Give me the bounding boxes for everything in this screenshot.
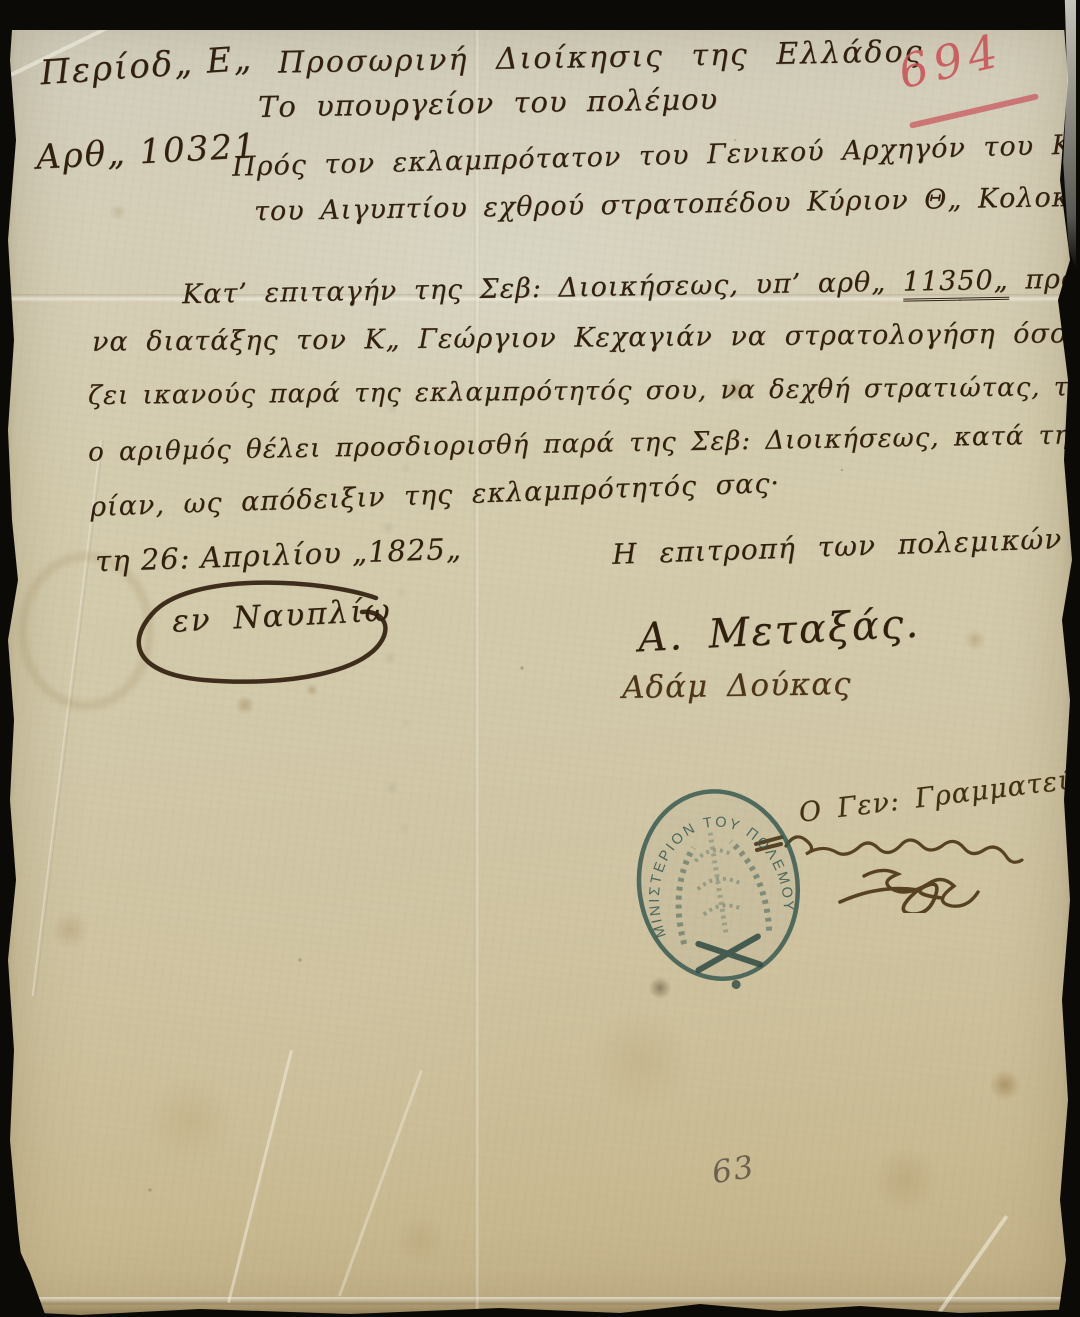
reference-number-underlined: 11350„ <box>902 265 1008 302</box>
body-line-1-suffix: προσκαλείσαι, <box>1025 261 1080 296</box>
place-circle-flourish <box>118 576 418 696</box>
scanned-document: Περίοδ„ Ε„ Προσωρινή Διοίκησις της Ελλάδ… <box>0 0 1080 1317</box>
pencil-page-number: 63 <box>709 1149 758 1191</box>
signature-doukas: Αδάμ Δούκας <box>622 666 852 706</box>
ministry-stamp: ΜΙΝΙΣΤΕΡΙΟΝ ΤΟΥ ΠΟΛΕΜΟΥ <box>613 773 825 1005</box>
stamp-ink-blot <box>731 979 741 989</box>
